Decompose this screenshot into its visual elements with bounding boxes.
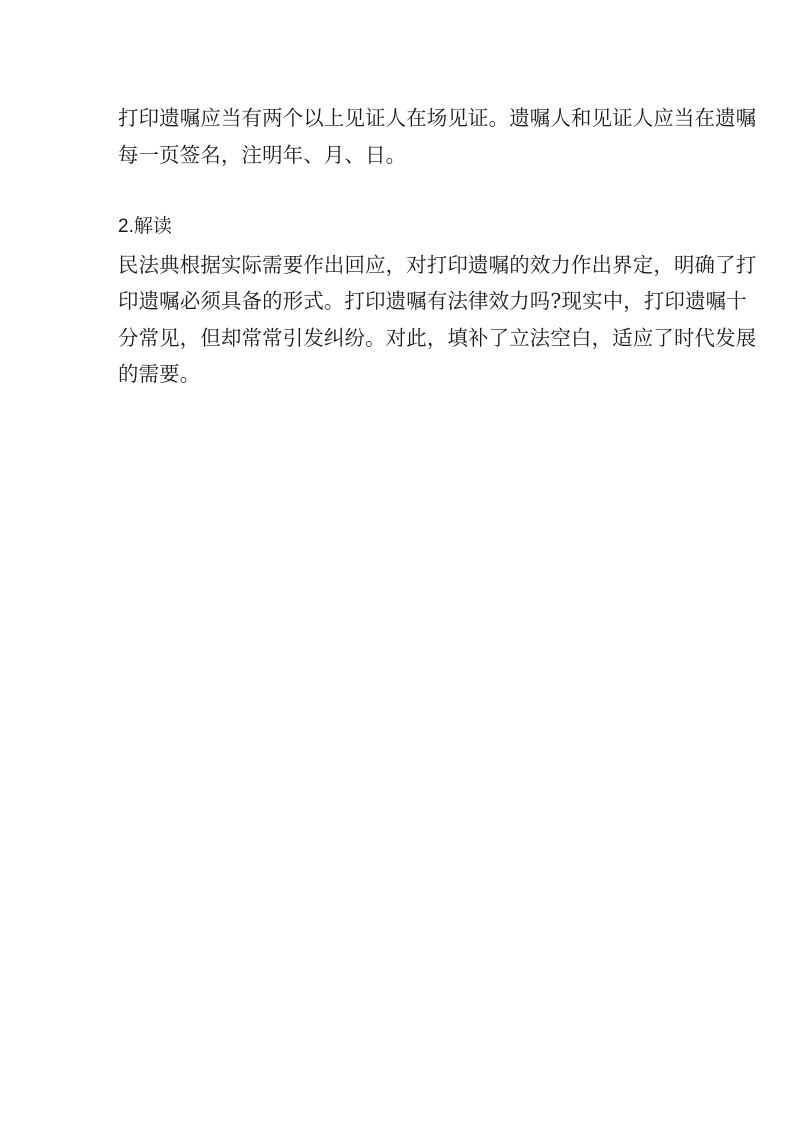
section-heading: 2.解读 xyxy=(118,214,172,239)
text-line: 民法典根据实际需要作出回应，对打印遗嘱的效力作出界定，明确了打 xyxy=(118,253,688,277)
section-title: 解读 xyxy=(134,215,172,237)
text-line: 打印遗嘱应当有两个以上见证人在场见证。遗嘱人和见证人应当在遗嘱 xyxy=(118,106,688,130)
text-line: 分常见，但却常常引发纠纷。对此，填补了立法空白，适应了时代发展 xyxy=(118,326,688,350)
text-line: 的需要。 xyxy=(118,362,688,386)
document-page: 打印遗嘱应当有两个以上见证人在场见证。遗嘱人和见证人应当在遗嘱 每一页签名，注明… xyxy=(0,0,793,1122)
text-line: 每一页签名，注明年、月、日。 xyxy=(118,143,688,167)
text-line: 印遗嘱必须具备的形式。打印遗嘱有法律效力吗?现实中，打印遗嘱十 xyxy=(118,289,688,313)
section-number: 2. xyxy=(118,216,134,237)
